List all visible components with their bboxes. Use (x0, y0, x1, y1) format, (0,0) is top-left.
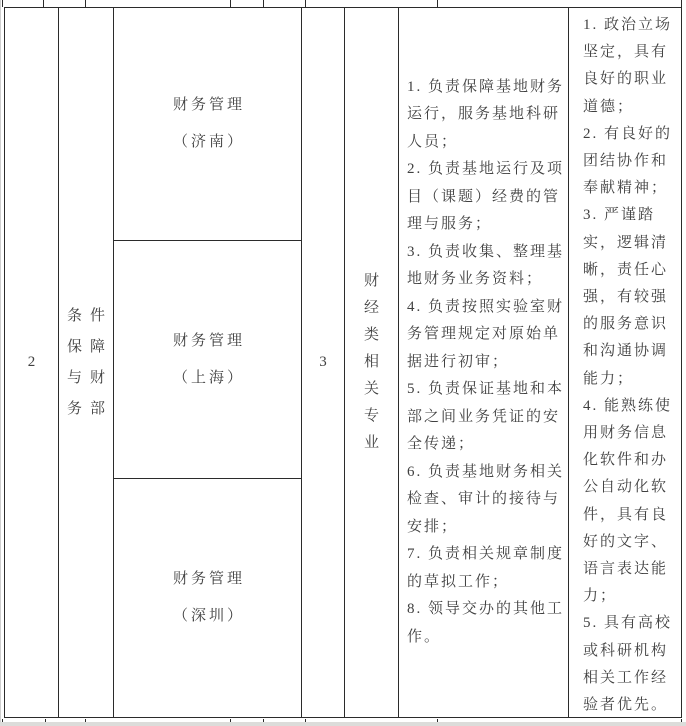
grid-line (230, 0, 231, 7)
headcount-value: 3 (319, 354, 327, 371)
major-requirement: 财经 类相 关专 业 (345, 268, 398, 457)
grid-line (85, 0, 86, 7)
grid-line (305, 0, 306, 7)
cell-row-index: 2 (5, 8, 59, 717)
position-name: 财务管理 （上海） (170, 323, 245, 397)
position-name: 财务管理 （济南） (170, 87, 245, 161)
document-page: 2 条件 保障 与财 务部 财务管理 （济南） 财务管理 （上海） 财务管理 （… (0, 0, 686, 726)
row-index-value: 2 (28, 354, 36, 371)
scan-edge-bottom (0, 722, 686, 726)
cell-positions: 财务管理 （济南） 财务管理 （上海） 财务管理 （深圳） (114, 8, 302, 717)
cell-headcount: 3 (302, 8, 345, 717)
position-cell-shanghai: 财务管理 （上海） (114, 241, 301, 479)
cell-duties: 1. 负责保障基地财务 运行，服务基地科研 人员； 2. 负责基地运行及项 目（… (399, 8, 569, 717)
duties-text: 1. 负责保障基地财务 运行，服务基地科研 人员； 2. 负责基地运行及项 目（… (399, 74, 568, 652)
position-cell-shenzhen: 财务管理 （深圳） (114, 479, 301, 717)
scan-edge-left (0, 0, 1, 726)
grid-line (43, 0, 44, 7)
requirements-text: 1. 政治立场 坚定，具有 良好的职业 道德； 2. 有良好的 团结协作和 奉献… (577, 8, 673, 719)
cell-requirements: 1. 政治立场 坚定，具有 良好的职业 道德； 2. 有良好的 团结协作和 奉献… (569, 8, 681, 717)
department-name: 条件 保障 与财 务部 (59, 301, 113, 425)
grid-line (2, 0, 3, 7)
grid-line (681, 0, 682, 7)
cell-department: 条件 保障 与财 务部 (59, 8, 114, 717)
grid-line (263, 0, 264, 7)
position-cell-jinan: 财务管理 （济南） (114, 8, 301, 241)
cell-major: 财经 类相 关专 业 (345, 8, 399, 717)
position-name: 财务管理 （深圳） (170, 561, 245, 635)
table-row: 2 条件 保障 与财 务部 财务管理 （济南） 财务管理 （上海） 财务管理 （… (4, 7, 682, 718)
grid-line (437, 0, 438, 7)
